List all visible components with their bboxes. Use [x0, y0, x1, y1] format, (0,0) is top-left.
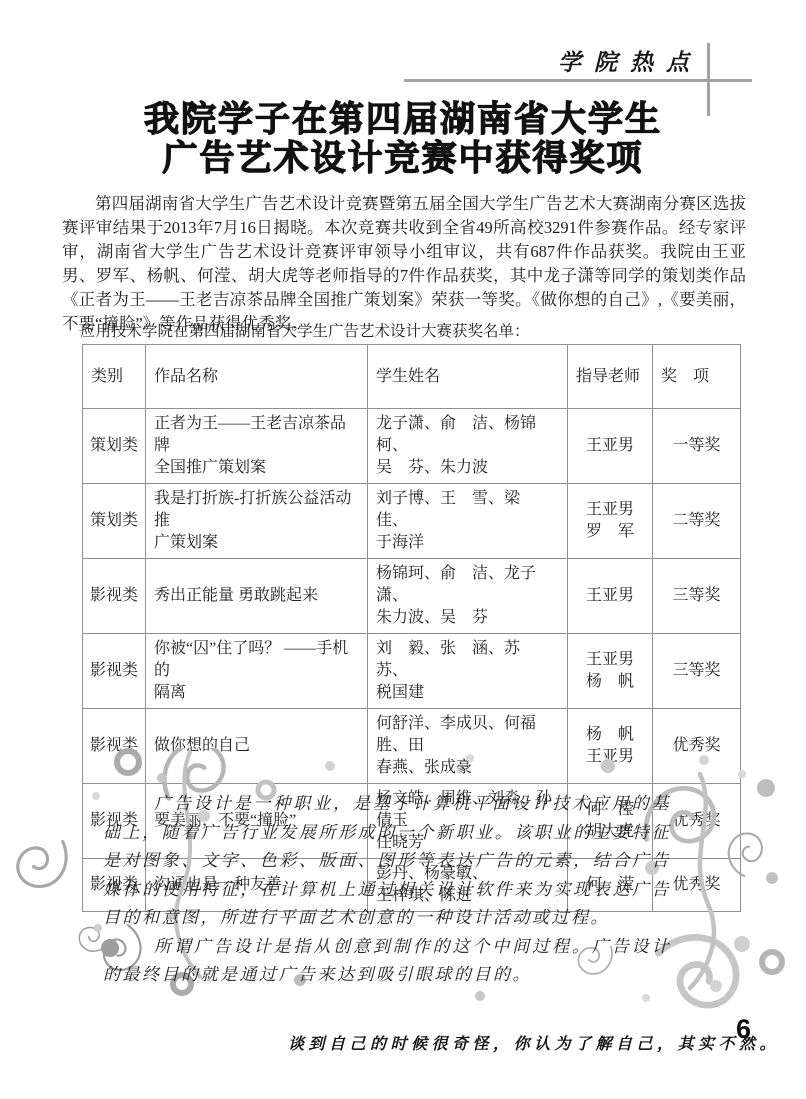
awards-table-caption: 应用技术学院在第四届湖南省大学生广告艺术设计大赛获奖名单： — [80, 319, 730, 341]
column-header-award: 奖 项 — [653, 345, 741, 409]
intro-paragraph: 第四届湖南省大学生广告艺术设计竞赛暨第五届全国大学生广告艺术大赛湖南分赛区选拔赛… — [62, 192, 746, 336]
table-row: 策划类 正者为王——王老吉凉茶品牌 全国推广策划案 龙子潇、俞 洁、杨锦柯、 吴… — [83, 409, 741, 484]
cell-category: 策划类 — [83, 484, 146, 559]
cell-category: 影视类 — [83, 634, 146, 709]
cell-work: 正者为王——王老吉凉茶品牌 全国推广策划案 — [146, 409, 368, 484]
page-number: 6 — [736, 1014, 751, 1045]
table-header-row: 类别 作品名称 学生姓名 指导老师 奖 项 — [83, 345, 741, 409]
cell-teachers: 王亚男 罗 军 — [568, 484, 653, 559]
cell-students: 刘子博、王 雪、梁 佳、 于海洋 — [368, 484, 568, 559]
cell-work: 秀出正能量 勇敢跳起来 — [146, 559, 368, 634]
cell-award: 二等奖 — [653, 484, 741, 559]
essay-paragraph-1: 广告设计是一种职业，是基于计算机平面设计技术应用的基础上，随着广告行业发展所形成… — [103, 790, 671, 933]
article-title-line2: 广告艺术设计竞赛中获得奖项 — [0, 139, 806, 178]
cell-teachers: 王亚男 — [568, 559, 653, 634]
article-title-line1: 我院学子在第四届湖南省大学生 — [0, 100, 806, 139]
cell-work: 你被“囚”住了吗？ ——手机的 隔离 — [146, 634, 368, 709]
cell-students: 刘 毅、张 涵、苏 苏、 税国建 — [368, 634, 568, 709]
table-row: 影视类 秀出正能量 勇敢跳起来 杨锦珂、俞 洁、龙子潇、 朱力波、吴 芬 王亚男… — [83, 559, 741, 634]
essay-text: 广告设计是一种职业，是基于计算机平面设计技术应用的基础上，随着广告行业发展所形成… — [103, 790, 671, 990]
table-row: 策划类 我是打折族-打折族公益活动推 广策划案 刘子博、王 雪、梁 佳、 于海洋… — [83, 484, 741, 559]
footer-quote: 谈到自己的时候很奇怪，你认为了解自己，其实不然。 — [288, 1031, 768, 1054]
cell-category: 影视类 — [83, 559, 146, 634]
table-row: 影视类 你被“囚”住了吗？ ——手机的 隔离 刘 毅、张 涵、苏 苏、 税国建 … — [83, 634, 741, 709]
magazine-page: 学院热点 我院学子在第四届湖南省大学生 广告艺术设计竞赛中获得奖项 第四届湖南省… — [0, 0, 806, 1099]
essay-paragraph-2: 所谓广告设计是指从创意到制作的这个中间过程。广告设计的最终目的就是通过广告来达到… — [103, 933, 671, 990]
column-header-students: 学生姓名 — [368, 345, 568, 409]
column-header-work: 作品名称 — [146, 345, 368, 409]
cell-students: 龙子潇、俞 洁、杨锦柯、 吴 芬、朱力波 — [368, 409, 568, 484]
cell-teachers: 王亚男 — [568, 409, 653, 484]
header-horizontal-rule — [404, 79, 752, 82]
cell-award: 一等奖 — [653, 409, 741, 484]
cell-category: 策划类 — [83, 409, 146, 484]
cell-students: 杨锦珂、俞 洁、龙子潇、 朱力波、吴 芬 — [368, 559, 568, 634]
cell-work: 我是打折族-打折族公益活动推 广策划案 — [146, 484, 368, 559]
column-header-teachers: 指导老师 — [568, 345, 653, 409]
cell-teachers: 王亚男 杨 帆 — [568, 634, 653, 709]
cell-award: 三等奖 — [653, 559, 741, 634]
section-tag: 学院热点 — [558, 44, 718, 77]
cell-award: 三等奖 — [653, 634, 741, 709]
column-header-category: 类别 — [83, 345, 146, 409]
essay-section: 广告设计是一种职业，是基于计算机平面设计技术应用的基础上，随着广告行业发展所形成… — [0, 748, 806, 1016]
article-title: 我院学子在第四届湖南省大学生 广告艺术设计竞赛中获得奖项 — [0, 100, 806, 178]
